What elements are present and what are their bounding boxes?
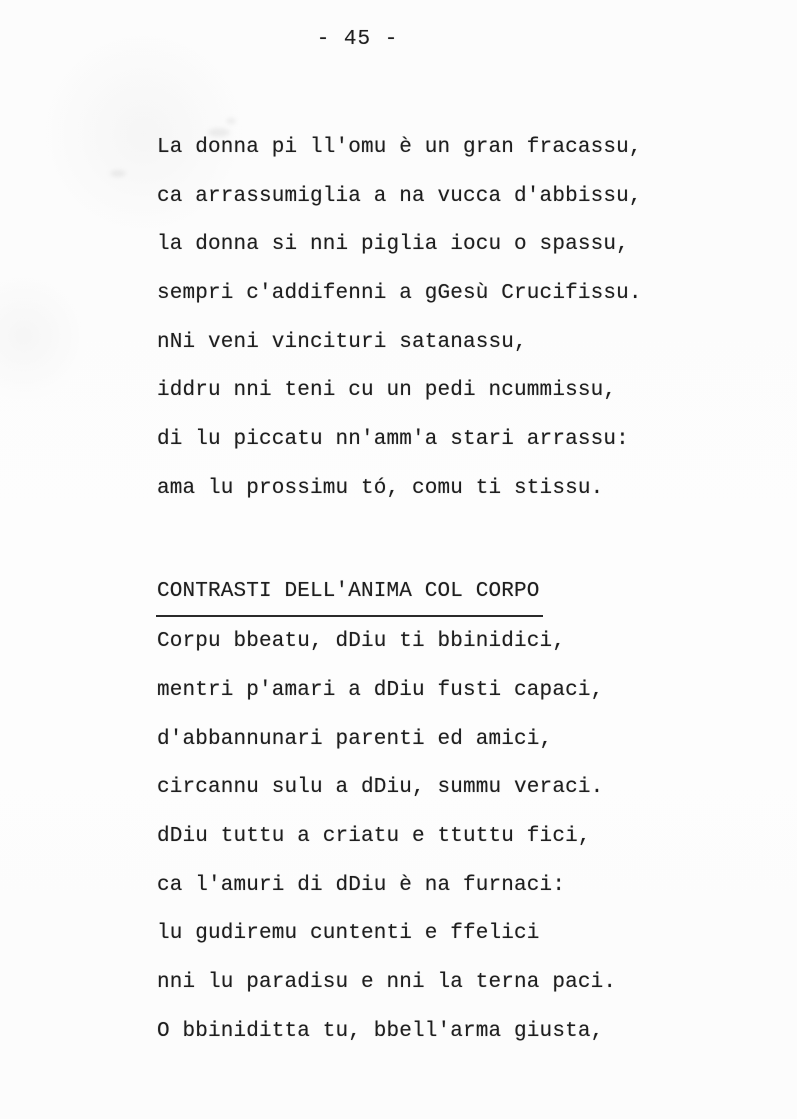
stanza-first: La donna pi ll'omu è un gran fracassu, c…	[157, 124, 642, 514]
poem-line: ca l'amuri di dDiu è na furnaci:	[157, 862, 642, 911]
poem-line: d'abbannunari parenti ed amici,	[157, 716, 642, 765]
poem-line: mentri p'amari a dDiu fusti capaci,	[157, 667, 642, 716]
poem-line: La donna pi ll'omu è un gran fracassu,	[157, 124, 642, 173]
poem-line: circannu sulu a dDiu, summu veraci.	[157, 764, 642, 813]
poem-line: Corpu bbeatu, dDiu ti bbinidici,	[157, 618, 642, 667]
poem-line: di lu piccatu nn'amm'a stari arrassu:	[157, 416, 642, 465]
poem-line: ama lu prossimu tó, comu ti stissu.	[157, 465, 642, 514]
section-contrasti: CONTRASTI DELL'ANIMA COL CORPO Corpu bbe…	[157, 570, 642, 1057]
poem-line: sempri c'addifenni a gGesù Crucifissu.	[157, 270, 642, 319]
poem-line: nni lu paradisu e nni la terna paci.	[157, 959, 642, 1008]
poem-line: ca arrassumiglia a na vucca d'abbissu,	[157, 173, 642, 222]
poem-line: nNi veni vincituri satanassu,	[157, 319, 642, 368]
poem-line: iddru nni teni cu un pedi ncummissu,	[157, 367, 642, 416]
poem-body: La donna pi ll'omu è un gran fracassu, c…	[157, 124, 642, 1056]
page-number: - 45 -	[0, 28, 756, 51]
section-heading-text: CONTRASTI DELL'ANIMA COL CORPO	[156, 570, 543, 617]
scan-artifact	[110, 170, 126, 177]
poem-line: dDiu tuttu a criatu e ttuttu fici,	[157, 813, 642, 862]
poem-line: lu gudiremu cuntenti e ffelici	[157, 910, 642, 959]
poem-line: O bbiniditta tu, bbell'arma giusta,	[157, 1008, 642, 1057]
poem-line: la donna si nni piglia iocu o spassu,	[157, 221, 642, 270]
scanned-document-page: - 45 - La donna pi ll'omu è un gran frac…	[0, 0, 797, 1119]
section-heading: CONTRASTI DELL'ANIMA COL CORPO	[157, 570, 642, 619]
